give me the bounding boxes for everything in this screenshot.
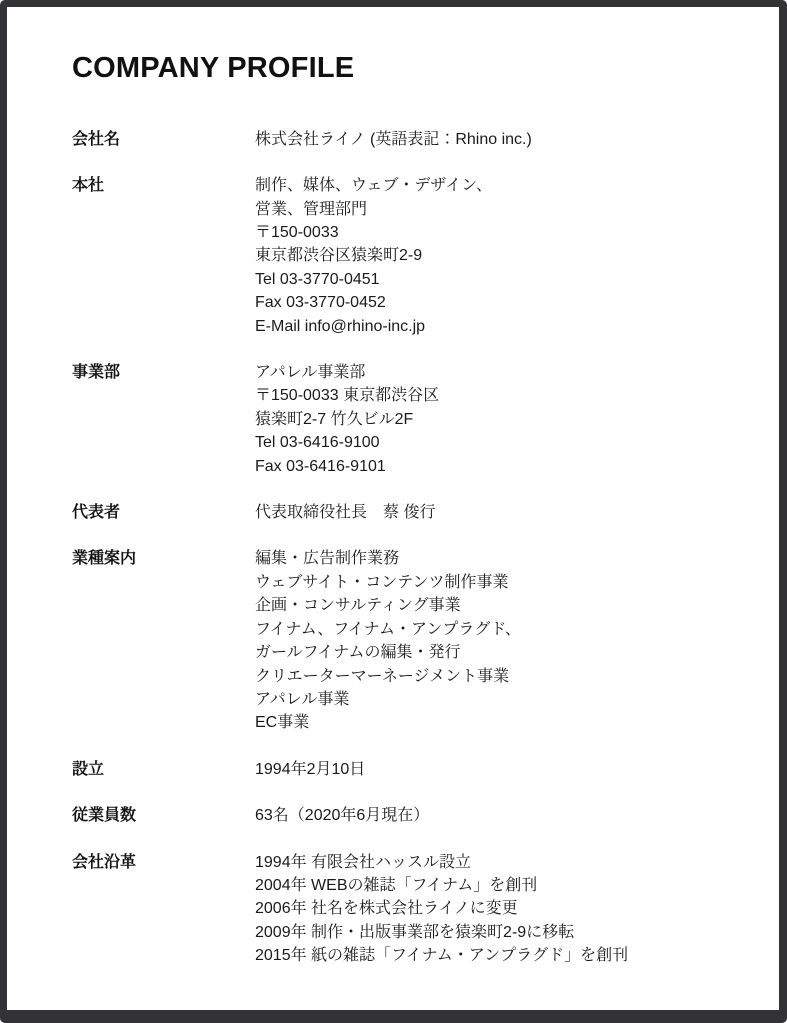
- row-label: 事業部: [72, 361, 255, 384]
- profile-row-head-office: 本社 制作、媒体、ウェブ・デザイン、 営業、管理部門 〒150-0033 東京都…: [72, 174, 739, 338]
- row-label: 業種案内: [72, 547, 255, 570]
- row-value: 63名（2020年6月現在）: [255, 804, 429, 827]
- profile-table: 会社名 株式会社ライノ (英語表記：Rhino inc.) 本社 制作、媒体、ウ…: [72, 128, 739, 968]
- row-value: 編集・広告制作業務 ウェブサイト・コンテンツ制作事業 企画・コンサルティング事業…: [255, 547, 521, 734]
- profile-row-employees: 従業員数 63名（2020年6月現在）: [72, 804, 739, 827]
- profile-row-business-guide: 業種案内 編集・広告制作業務 ウェブサイト・コンテンツ制作事業 企画・コンサルテ…: [72, 547, 739, 734]
- profile-row-representative: 代表者 代表取締役社長 蔡 俊行: [72, 501, 739, 524]
- row-value: 代表取締役社長 蔡 俊行: [255, 501, 435, 524]
- profile-row-company-name: 会社名 株式会社ライノ (英語表記：Rhino inc.): [72, 128, 739, 151]
- row-value: 制作、媒体、ウェブ・デザイン、 営業、管理部門 〒150-0033 東京都渋谷区…: [255, 174, 492, 338]
- page-title: COMPANY PROFILE: [72, 51, 739, 86]
- row-value: アパレル事業部 〒150-0033 東京都渋谷区 猿楽町2-7 竹久ビル2F T…: [255, 361, 439, 478]
- row-label: 代表者: [72, 501, 255, 524]
- row-label: 従業員数: [72, 804, 255, 827]
- document-page: COMPANY PROFILE 会社名 株式会社ライノ (英語表記：Rhino …: [0, 0, 787, 1023]
- row-label: 会社沿革: [72, 851, 255, 874]
- row-label: 本社: [72, 174, 255, 197]
- profile-row-established: 設立 1994年2月10日: [72, 758, 739, 781]
- row-value: 1994年 有限会社ハッスル設立 2004年 WEBの雑誌「フイナム」を創刊 2…: [255, 851, 628, 968]
- row-value: 株式会社ライノ (英語表記：Rhino inc.): [255, 128, 532, 151]
- profile-row-company-history: 会社沿革 1994年 有限会社ハッスル設立 2004年 WEBの雑誌「フイナム」…: [72, 851, 739, 968]
- row-value: 1994年2月10日: [255, 758, 365, 781]
- row-label: 会社名: [72, 128, 255, 151]
- profile-row-division: 事業部 アパレル事業部 〒150-0033 東京都渋谷区 猿楽町2-7 竹久ビル…: [72, 361, 739, 478]
- row-label: 設立: [72, 758, 255, 781]
